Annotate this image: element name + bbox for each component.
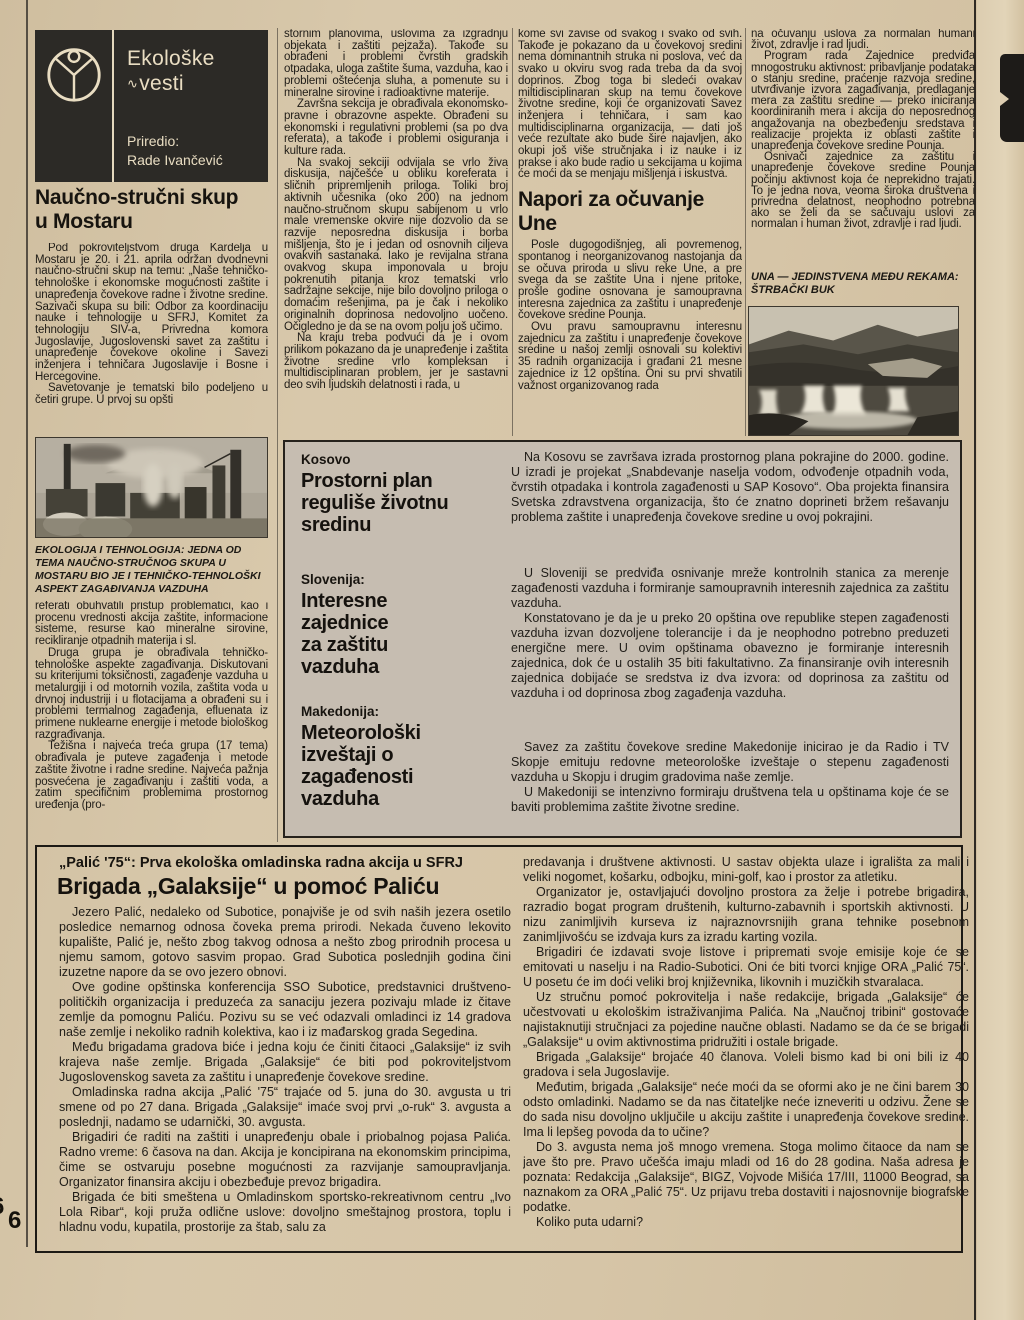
left-edge-rule: [26, 0, 28, 1247]
column-3: kome svi zavise od svakog i svako od svi…: [518, 29, 742, 438]
paragraph: Posle dugogodišnjeg, ali povremenog, spo…: [518, 240, 742, 322]
slovenija-heading: Interesne zajednice za zaštitu vazduha: [301, 590, 413, 678]
column-divider: [745, 28, 746, 436]
page-number: 6: [8, 1207, 21, 1235]
makedonija-heading: Meteorološki izveštaji o zagađenosti vaz…: [301, 722, 473, 810]
kosovo-heading: Prostorni plan reguliše životnu sredinu: [301, 470, 473, 536]
paragraph: Završna sekcija je obrađivala ekonomsko-…: [284, 99, 508, 158]
paragraph: Na Kosovu se završava izrada prostornog …: [511, 450, 949, 525]
paragraph: kome svi zavise od svakog i svako od svi…: [518, 29, 742, 181]
column-divider: [512, 28, 513, 436]
kosovo-kicker: Kosovo: [301, 452, 351, 467]
paragraph: Osnivači zajednice za zaštitu i unapređe…: [751, 152, 975, 230]
paragraph: referati obuhvatili pristup problematici…: [35, 601, 268, 648]
paragraph: Do 3. avgusta nema još mnogo vremena. St…: [523, 1140, 969, 1215]
paragraph: Jezero Palić, nedaleko od Subotice, pona…: [59, 905, 511, 980]
magazine-page: 6 6 Ekološke ∿vesti Priredio: Rade Ivanč…: [0, 0, 1024, 1320]
paragraph: U Sloveniji se predviđa osnivanje mreže …: [511, 566, 949, 611]
paragraph: na očuvanju uslova za normalan humani ži…: [751, 29, 975, 51]
waterfall-photo: [748, 306, 959, 436]
regions-news-box: Kosovo Prostorni plan reguliše životnu s…: [283, 440, 962, 838]
binder-clip: [1000, 54, 1024, 142]
palic-right-column: predavanja i društvene aktivnosti. U sas…: [523, 855, 969, 1247]
masthead-title-line1: Ekološke: [127, 46, 215, 71]
mostar-col1-bottom: referati obuhvatili pristup problematici…: [35, 601, 268, 844]
page-margin-strip: [977, 0, 1024, 1320]
palic-article-box: „Palić '75“: Prva ekološka omladinska ra…: [35, 845, 963, 1253]
masthead-divider: [112, 30, 114, 182]
section-masthead: Ekološke ∿vesti Priredio: Rade Ivančević: [35, 30, 268, 182]
paragraph: Druga grupa je obrađivala tehničko-tehno…: [35, 648, 268, 742]
paragraph: Ovu pravu samoupravnu interesnu zajednic…: [518, 322, 742, 392]
paragraph: Omladinska radna akcija „Palić '75“ traj…: [59, 1085, 511, 1130]
paragraph: Savez za zaštitu čovekove sredine Makedo…: [511, 740, 949, 785]
column-4: na očuvanju uslova za normalan humani ži…: [751, 29, 975, 269]
industry-photo-caption: EKOLOGIJA I TEHNOLOGIJA: JEDNA OD TEMA N…: [35, 544, 268, 599]
masthead-title-line2: ∿vesti: [127, 71, 215, 96]
paragraph: Među brigadama gradova biće i jedna koju…: [59, 1040, 511, 1085]
paragraph: Brigada „Galaksije“ brojaće 40 članova. …: [523, 1050, 969, 1080]
column-divider: [277, 28, 278, 842]
paragraph: Organizator je, ostavljajući dovoljno pr…: [523, 885, 969, 945]
una-photo-caption: UNA — JEDINSTVENA MEĐU REKAMA: ŠTRBAČKI …: [751, 271, 975, 304]
paragraph: Program rada Zajednice predviđa mnogostr…: [751, 51, 975, 152]
paragraph: Savetovanje je tematski bilo podeljeno u…: [35, 383, 268, 406]
article-title-una: Napori za očuvanje Une: [518, 188, 742, 236]
mostar-col1-top: Pod pokroviteljstvom druga Kardelja u Mo…: [35, 243, 268, 435]
paragraph: Konstatovano je da je u preko 20 opština…: [511, 611, 949, 701]
paragraph: Koliko puta udarni?: [523, 1215, 969, 1230]
squiggle-icon: ∿: [127, 76, 138, 91]
paragraph: Na svakoj sekciji odvijala se vrlo živa …: [284, 158, 508, 334]
credit-label: Priredio:: [127, 132, 223, 151]
masthead-credit: Priredio: Rade Ivančević: [127, 132, 223, 170]
paragraph: Brigada će biti smeštena u Omladinskom s…: [59, 1190, 511, 1235]
paragraph: stornim planovima, uslovima za izgradnju…: [284, 29, 508, 99]
credit-name: Rade Ivančević: [127, 151, 223, 170]
paragraph: U Makedoniji se intenzivno formiraju dru…: [511, 785, 949, 815]
makedonija-body: Savez za zaštitu čovekove sredine Makedo…: [511, 740, 949, 834]
paragraph: Brigadiri će izdavati svoje listove i pr…: [523, 945, 969, 990]
paragraph: Ove godine opštinska konferencija SSO Su…: [59, 980, 511, 1040]
page-number: 6: [0, 1193, 4, 1221]
slovenija-kicker: Slovenija:: [301, 572, 365, 587]
paragraph: Težišna i najveća treća grupa (17 tema) …: [35, 741, 268, 811]
paragraph: Pod pokroviteljstvom druga Kardelja u Mo…: [35, 243, 268, 383]
industry-photo: [35, 437, 268, 538]
paragraph: predavanja i društvene aktivnosti. U sas…: [523, 855, 969, 885]
palic-left-column: Jezero Palić, nedaleko od Subotice, pona…: [59, 905, 511, 1247]
paragraph: Na kraju treba podvući da je i ovom pril…: [284, 333, 508, 392]
ecology-logo-icon: [43, 42, 105, 104]
slovenija-body: U Sloveniji se predviđa osnivanje mreže …: [511, 566, 949, 728]
article-title-mostar: Naučno-stručni skup u Mostaru: [35, 186, 240, 234]
mostar-col2: stornim planovima, uslovima za izgradnju…: [284, 29, 508, 438]
paragraph: Uz stručnu pomoć pokrovitelja i naše red…: [523, 990, 969, 1050]
kosovo-body: Na Kosovu se završava izrada prostornog …: [511, 450, 949, 564]
paragraph: Međutim, brigada „Galaksije“ neće moći d…: [523, 1080, 969, 1140]
makedonija-kicker: Makedonija:: [301, 704, 379, 719]
paragraph: Brigadiri će raditi na zaštiti i unapređ…: [59, 1130, 511, 1190]
masthead-title: Ekološke ∿vesti: [127, 46, 215, 96]
palic-title: Brigada „Galaksije“ u pomoć Paliću: [57, 873, 439, 900]
palic-kicker: „Palić '75“: Prva ekološka omladinska ra…: [59, 855, 463, 871]
